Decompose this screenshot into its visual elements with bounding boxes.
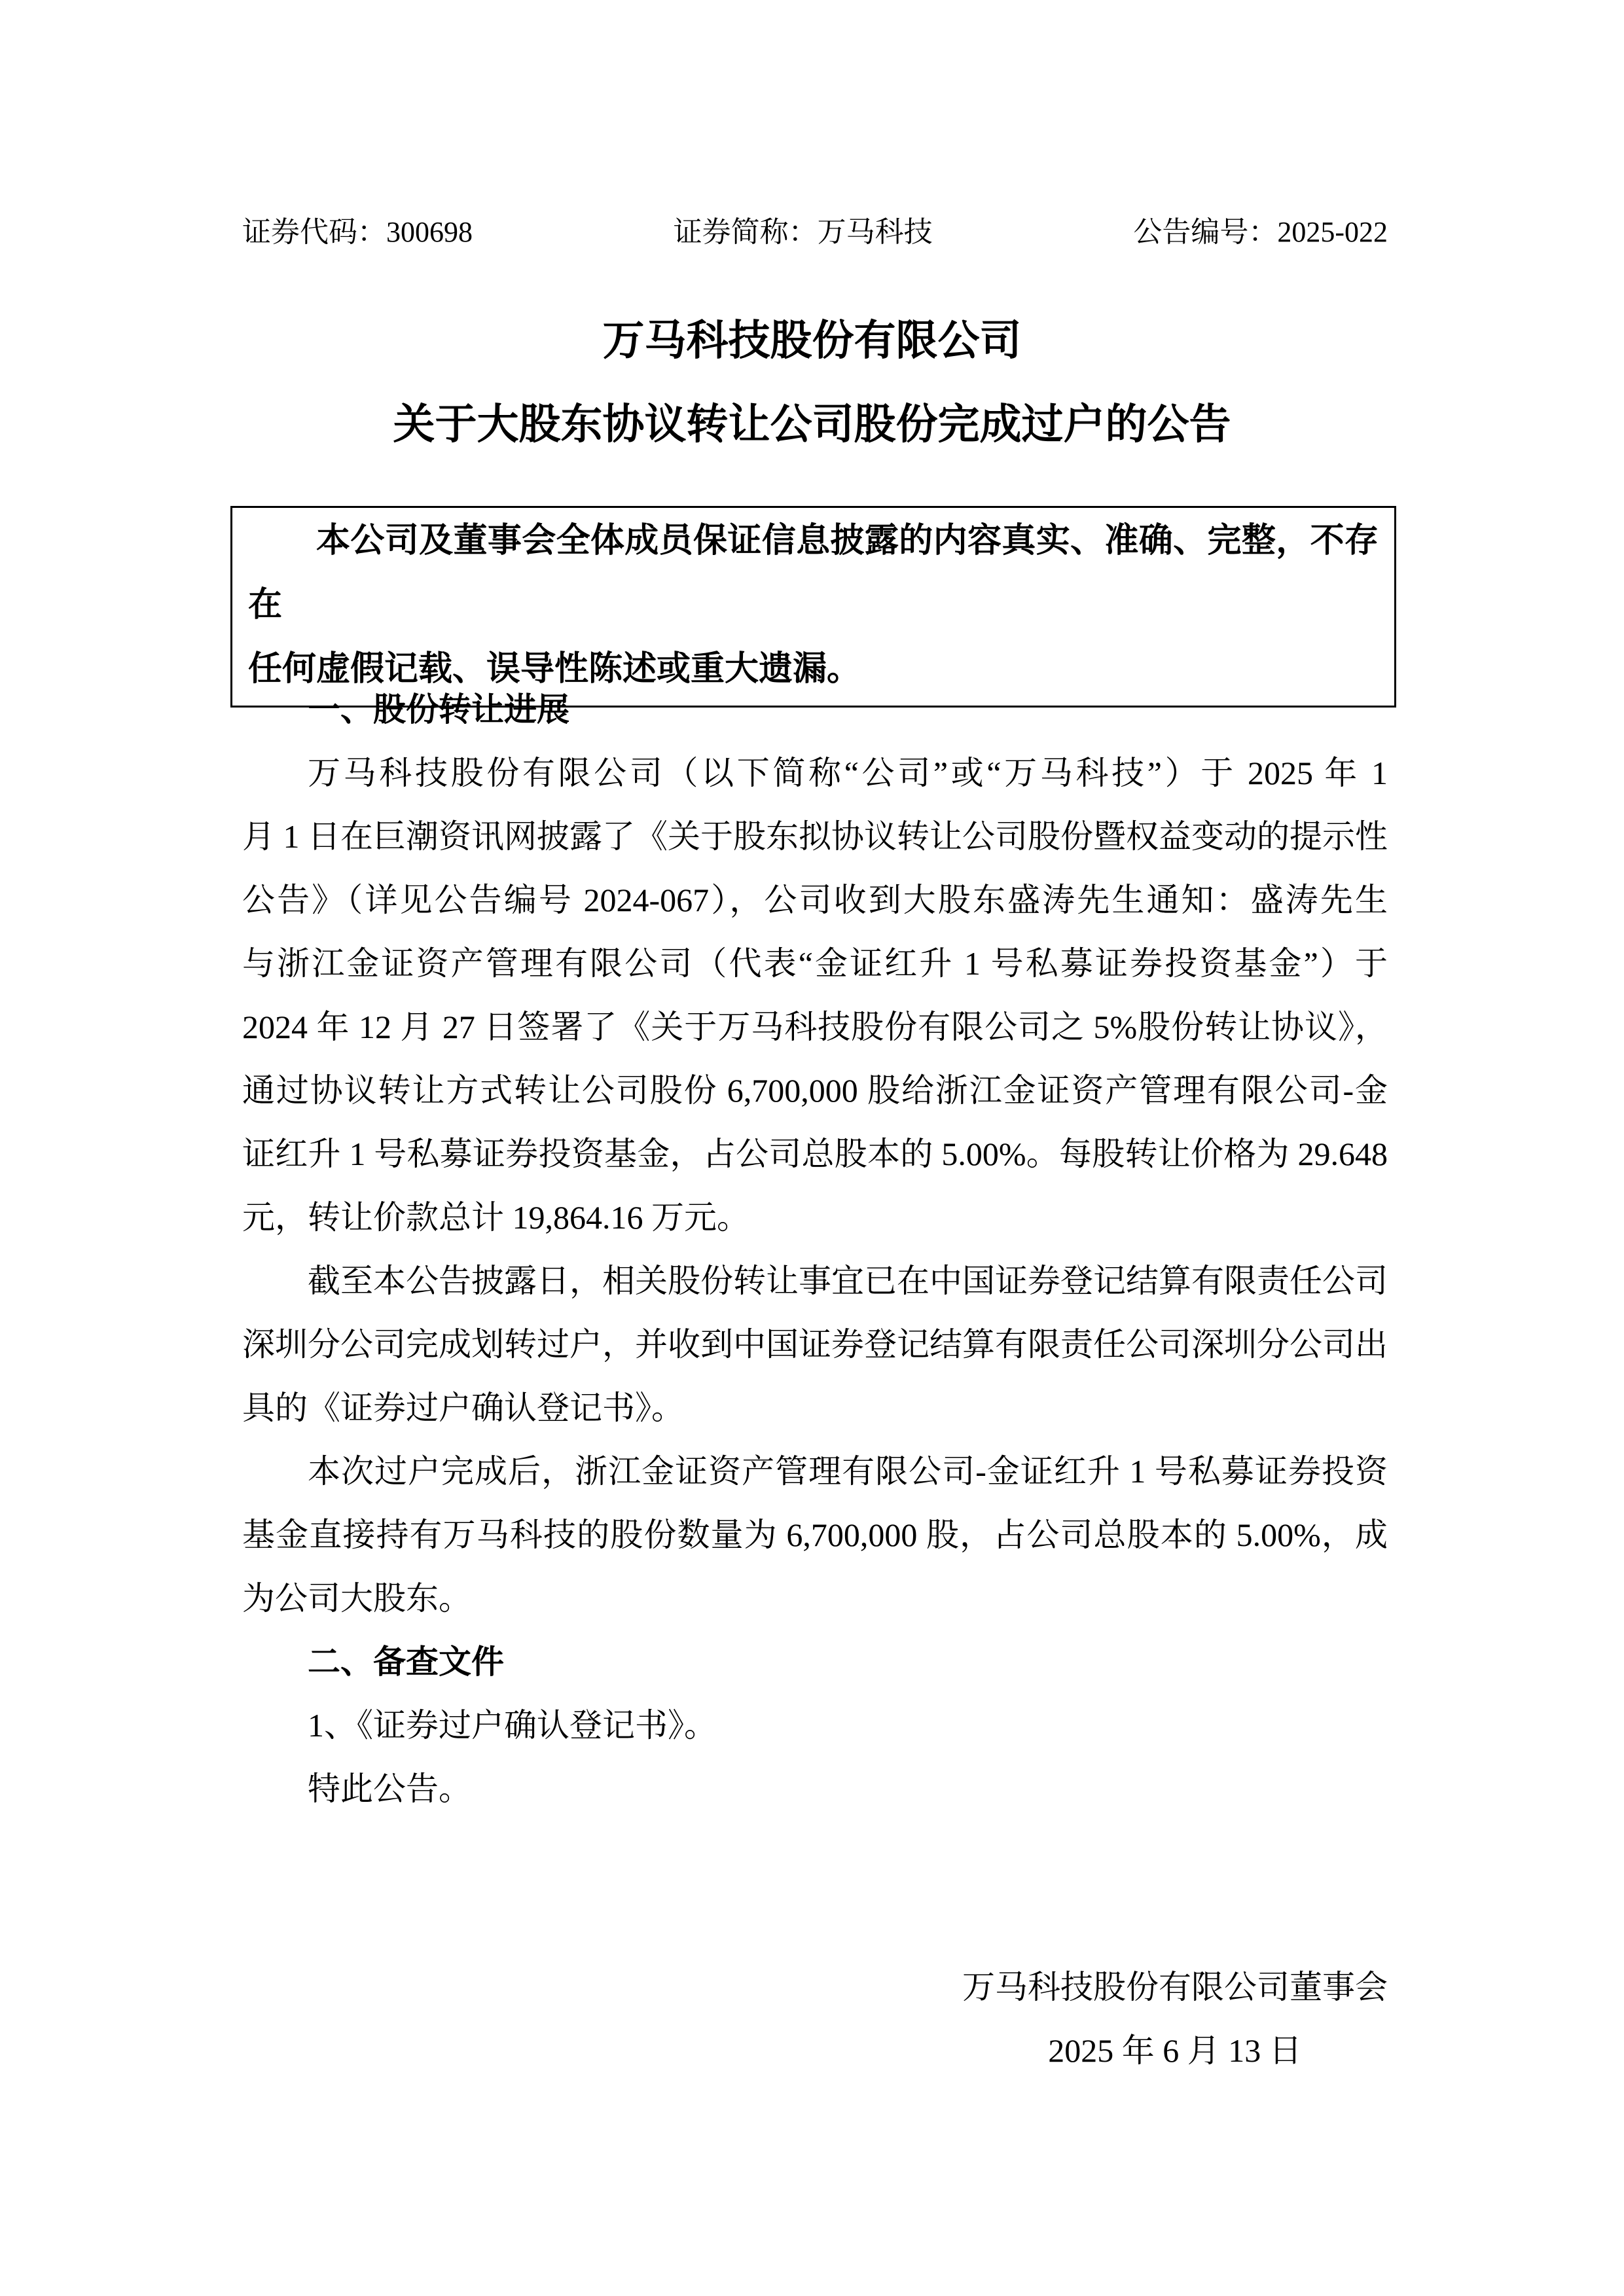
- signature-date: 2025 年 6 月 13 日: [962, 2019, 1388, 2083]
- paragraph-line: 本次过户完成后，浙江金证资产管理有限公司-金证红升 1 号私募证券投资: [242, 1440, 1388, 1503]
- paragraph-line: 深圳分公司完成划转过户，并收到中国证券登记结算有限责任公司深圳分公司出: [242, 1313, 1388, 1376]
- section-heading: 一、股份转让进展: [242, 678, 1388, 742]
- stock-code: 证券代码：300698: [242, 214, 473, 251]
- section-heading: 二、备查文件: [242, 1630, 1388, 1694]
- paragraph-line: 特此公告。: [242, 1757, 1388, 1821]
- paragraph-line: 公告》（详见公告编号 2024-067），公司收到大股东盛涛先生通知：盛涛先生: [242, 869, 1388, 932]
- stock-short-name: 证券简称：万马科技: [674, 214, 933, 251]
- paragraph-line: 1、《证券过户确认登记书》。: [242, 1694, 1388, 1757]
- paragraph-line: 基金直接持有万马科技的股份数量为 6,700,000 股，占公司总股本的 5.0…: [242, 1503, 1388, 1567]
- paragraph: 本次过户完成后，浙江金证资产管理有限公司-金证红升 1 号私募证券投资基金直接持…: [242, 1440, 1388, 1630]
- paragraph-line: 具的《证券过户确认登记书》。: [242, 1376, 1388, 1440]
- paragraph-line: 截至本公告披露日，相关股份转让事宜已在中国证券登记结算有限责任公司: [242, 1249, 1388, 1313]
- paragraph-line: 万马科技股份有限公司（以下简称“公司”或“万马科技”）于 2025 年 1: [242, 742, 1388, 805]
- announcement-title: 关于大股东协议转让公司股份完成过户的公告: [0, 395, 1624, 454]
- signature-block: 万马科技股份有限公司董事会 2025 年 6 月 13 日: [962, 1956, 1388, 2083]
- paragraph-line: 证红升 1 号私募证券投资基金，占公司总股本的 5.00%。每股转让价格为 29…: [242, 1122, 1388, 1186]
- paragraph-line: 2024 年 12 月 27 日签署了《关于万马科技股份有限公司之 5%股份转让…: [242, 996, 1388, 1059]
- paragraph: 万马科技股份有限公司（以下简称“公司”或“万马科技”）于 2025 年 1月 1…: [242, 742, 1388, 1249]
- document-header: 证券代码：300698 证券简称：万马科技 公告编号：2025-022: [242, 214, 1388, 251]
- disclosure-notice-box: 本公司及董事会全体成员保证信息披露的内容真实、准确、完整，不存在 任何虚假记载、…: [230, 506, 1396, 708]
- document-body: 一、股份转让进展万马科技股份有限公司（以下简称“公司”或“万马科技”）于 202…: [242, 678, 1388, 1821]
- paragraph: 特此公告。: [242, 1757, 1388, 1821]
- signature-company: 万马科技股份有限公司董事会: [962, 1956, 1388, 2019]
- paragraph: 1、《证券过户确认登记书》。: [242, 1694, 1388, 1757]
- notice-line: 本公司及董事会全体成员保证信息披露的内容真实、准确、完整，不存在: [248, 509, 1379, 637]
- paragraph: 截至本公告披露日，相关股份转让事宜已在中国证券登记结算有限责任公司深圳分公司完成…: [242, 1249, 1388, 1440]
- paragraph-line: 与浙江金证资产管理有限公司（代表“金证红升 1 号私募证券投资基金”）于: [242, 932, 1388, 996]
- company-title: 万马科技股份有限公司: [0, 312, 1624, 370]
- announcement-number: 公告编号：2025-022: [1133, 214, 1388, 251]
- paragraph-line: 通过协议转让方式转让公司股份 6,700,000 股给浙江金证资产管理有限公司-…: [242, 1059, 1388, 1122]
- paragraph-line: 月 1 日在巨潮资讯网披露了《关于股东拟协议转让公司股份暨权益变动的提示性: [242, 805, 1388, 869]
- paragraph-line: 为公司大股东。: [242, 1567, 1388, 1630]
- announcement-page: 证券代码：300698 证券简称：万马科技 公告编号：2025-022 万马科技…: [0, 0, 1624, 2296]
- paragraph-line: 元，转让价款总计 19,864.16 万元。: [242, 1186, 1388, 1249]
